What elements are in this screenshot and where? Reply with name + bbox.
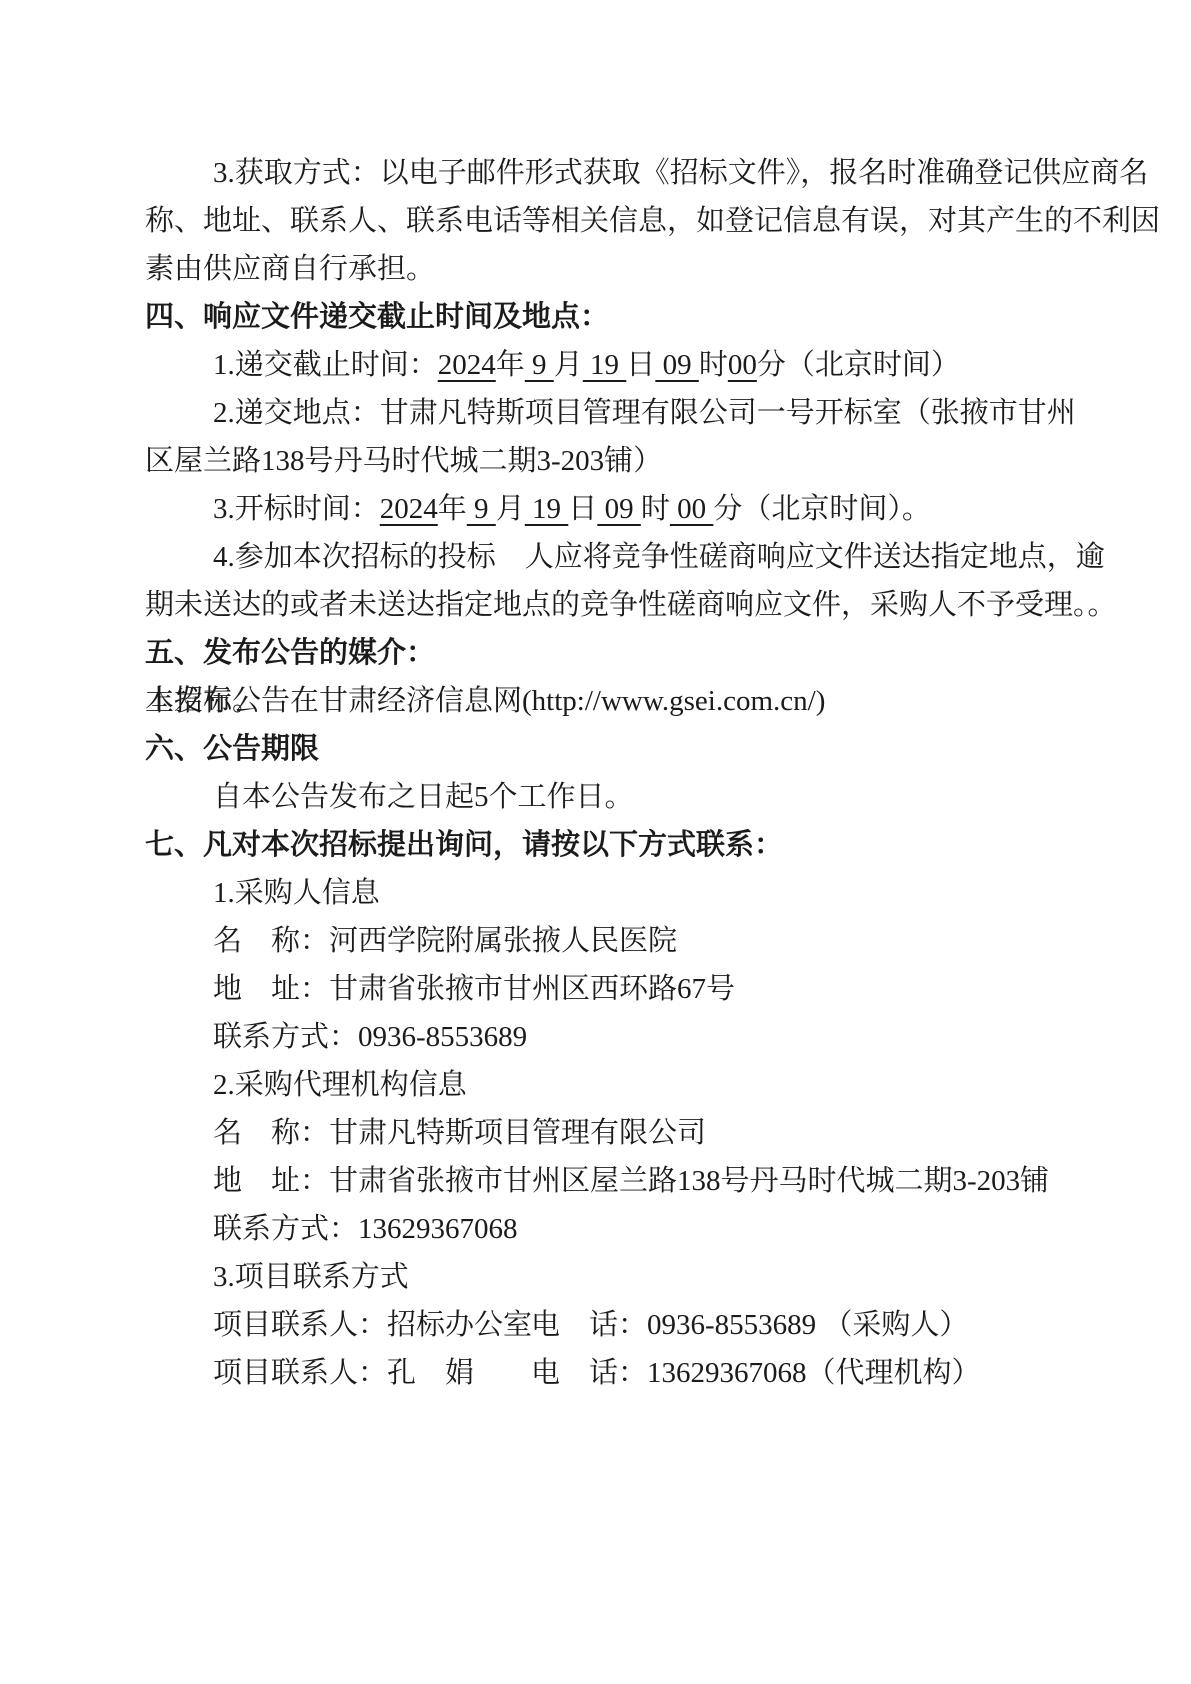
text-run: 联系方式：13629367068: [213, 1213, 518, 1245]
agency-info-title: 2.采购代理机构信息: [145, 1061, 1055, 1109]
text-run: 4.参加本次招标的投标 人应将竞争性磋商响应文件送达指定地点，逾: [213, 541, 1105, 573]
agency-phone-line: 联系方式：13629367068: [145, 1205, 1055, 1253]
text-run: 月: [496, 493, 525, 525]
doc-line: 2.递交地点：甘肃凡特斯项目管理有限公司一号开标室（张掖市甘州: [145, 389, 1055, 437]
heading-section-seven: 七、凡对本次招标提出询问，请按以下方式联系：: [145, 821, 1055, 869]
underlined-value: 19: [583, 349, 627, 381]
text-run: 素由供应商自行承担。: [145, 253, 435, 285]
text-run: 分（北京时间）: [757, 349, 960, 381]
text-run: 期未送达的或者未送达指定地点的竞争性磋商响应文件，采购人不予受理。。: [145, 589, 1117, 621]
text-run: 日: [568, 493, 597, 525]
project-contact-agency: 项目联系人：孔 娟电 话：13629367068（代理机构）: [145, 1349, 1055, 1397]
text-run: 年: [496, 349, 525, 381]
text-run: 名 称：甘肃凡特斯项目管理有限公司: [213, 1117, 706, 1149]
text-run: 称、地址、联系人、联系电话等相关信息，如登记信息有误，对其产生的不利因: [145, 205, 1160, 237]
underlined-value: 2024: [380, 493, 438, 525]
text-run: 区屋兰路138号丹马时代城二期3-203铺）: [145, 445, 662, 477]
media-announcement-line: 五、发布公告的媒介：本招标公告在甘肃经济信息网(http://www.gsei.…: [145, 629, 1055, 677]
text-run: 分（北京时间）。: [713, 493, 931, 525]
contact-phone: 电 话：13629367068（代理机构）: [531, 1357, 981, 1389]
doc-line: 3.获取方式：以电子邮件形式获取《招标文件》，报名时准确登记供应商名: [145, 149, 1055, 197]
project-contact-title: 3.项目联系方式: [145, 1253, 1055, 1301]
underlined-value: 00: [670, 493, 714, 525]
doc-line: 区屋兰路138号丹马时代城二期3-203铺）: [145, 437, 1055, 485]
doc-line: 4.参加本次招标的投标 人应将竞争性磋商响应文件送达指定地点，逾: [145, 533, 1055, 581]
contact-phone: 电 话：0936-8553689 （采购人）: [531, 1309, 968, 1341]
underlined-value: 9: [525, 349, 554, 381]
doc-line: 自本公告发布之日起5个工作日。: [145, 773, 1055, 821]
underlined-value: 09: [597, 493, 641, 525]
text-run: 2.递交地点：甘肃凡特斯项目管理有限公司一号开标室（张掖市甘州: [213, 397, 1076, 429]
doc-line: 素由供应商自行承担。: [145, 245, 1055, 293]
heading-section-five-inline: 五、发布公告的媒介：: [145, 637, 435, 669]
doc-line: 期未送达的或者未送达指定地点的竞争性磋商响应文件，采购人不予受理。。: [145, 581, 1055, 629]
text-run: 3.项目联系方式: [213, 1261, 409, 1293]
text-run: 自本公告发布之日起5个工作日。: [213, 781, 634, 813]
heading-section-four: 四、响应文件递交截止时间及地点：: [145, 293, 1055, 341]
heading-text: 七、凡对本次招标提出询问，请按以下方式联系：: [145, 829, 783, 861]
underlined-value: 00: [728, 349, 757, 381]
text-run: 月: [554, 349, 583, 381]
heading-text: 六、公告期限: [145, 733, 319, 765]
agency-address-line: 地 址：甘肃省张掖市甘州区屋兰路138号丹马时代城二期3-203铺: [145, 1157, 1055, 1205]
contact-person: 项目联系人：招标办公室: [213, 1301, 531, 1349]
document-body: 3.获取方式：以电子邮件形式获取《招标文件》，报名时准确登记供应商名 称、地址、…: [145, 149, 1055, 1397]
underlined-value: 2024: [438, 349, 496, 381]
text-run: 1.采购人信息: [213, 877, 380, 909]
purchaser-phone-line: 联系方式：0936-8553689: [145, 1013, 1055, 1061]
text-run: 2.采购代理机构信息: [213, 1069, 467, 1101]
agency-name-line: 名 称：甘肃凡特斯项目管理有限公司: [145, 1109, 1055, 1157]
text-run: 日: [626, 349, 655, 381]
project-contact-purchaser: 项目联系人：招标办公室电 话：0936-8553689 （采购人）: [145, 1301, 1055, 1349]
underlined-value: 9: [467, 493, 496, 525]
heading-section-six: 六、公告期限: [145, 725, 1055, 773]
text-run: 上发布。: [145, 685, 261, 717]
document-page: 3.获取方式：以电子邮件形式获取《招标文件》，报名时准确登记供应商名 称、地址、…: [0, 0, 1191, 1684]
heading-text: 四、响应文件递交截止时间及地点：: [145, 301, 609, 333]
deadline-line: 1.递交截止时间：2024年 9 月 19 日 09 时00分（北京时间）: [145, 341, 1055, 389]
purchaser-address-line: 地 址：甘肃省张掖市甘州区西环路67号: [145, 965, 1055, 1013]
text-run: 3.开标时间：: [213, 493, 380, 525]
doc-line: 称、地址、联系人、联系电话等相关信息，如登记信息有误，对其产生的不利因: [145, 197, 1055, 245]
text-run: 名 称：河西学院附属张掖人民医院: [213, 925, 677, 957]
text-run: 时: [699, 349, 728, 381]
text-run: 时: [641, 493, 670, 525]
purchaser-name-line: 名 称：河西学院附属张掖人民医院: [145, 917, 1055, 965]
text-run: 地 址：甘肃省张掖市甘州区西环路67号: [213, 973, 735, 1005]
underlined-value: 19: [525, 493, 569, 525]
text-run: 3.获取方式：以电子邮件形式获取《招标文件》，报名时准确登记供应商名: [213, 157, 1148, 189]
bid-opening-line: 3.开标时间：2024年 9 月 19 日 09 时 00 分（北京时间）。: [145, 485, 1055, 533]
text-run: 地 址：甘肃省张掖市甘州区屋兰路138号丹马时代城二期3-203铺: [213, 1165, 1049, 1197]
underlined-value: 09: [655, 349, 699, 381]
contact-person: 项目联系人：孔 娟: [213, 1349, 531, 1397]
purchaser-info-title: 1.采购人信息: [145, 869, 1055, 917]
text-run: 联系方式：0936-8553689: [213, 1021, 527, 1053]
text-run: 1.递交截止时间：: [213, 349, 438, 381]
text-run: 年: [438, 493, 467, 525]
